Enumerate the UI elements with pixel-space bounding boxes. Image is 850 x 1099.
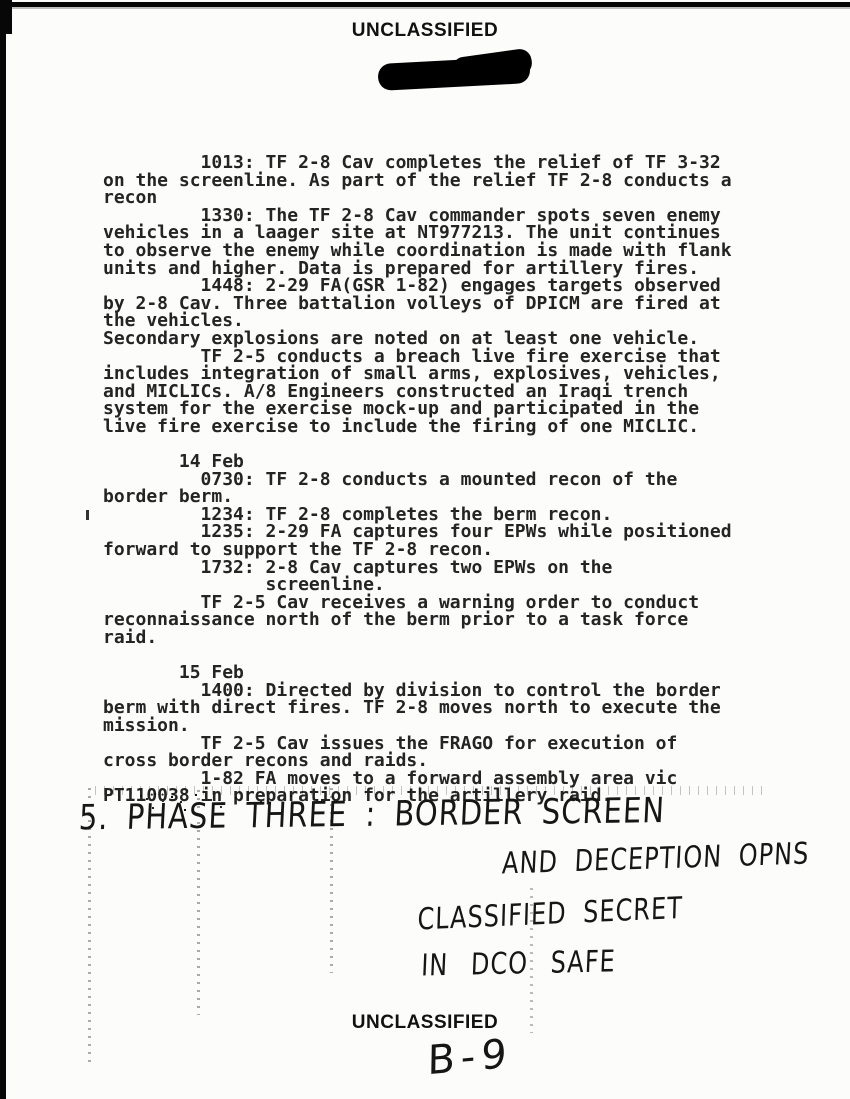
handwritten-phase-note-line2: AND DECEPTION OPNS <box>501 836 810 881</box>
handwritten-page-number: B-9 <box>427 1031 513 1085</box>
footer-classification-banner: UNCLASSIFIED <box>0 1012 850 1034</box>
scan-border-top <box>0 2 850 7</box>
log-section-13feb: 1013: TF 2-8 Cav completes the relief of… <box>103 154 732 436</box>
typed-log-body: 1013: TF 2-8 Cav completes the relief of… <box>103 154 732 823</box>
log-section-15feb: 15 Feb 1400: Directed by division to con… <box>103 664 732 805</box>
handwritten-classification-note-line2: IN DCO SAFE <box>421 944 617 983</box>
header-classification-banner: UNCLASSIFIED <box>0 20 850 42</box>
handwritten-phase-note-line1: 5. PHASE THREE : BORDER SCREEN <box>78 790 666 838</box>
log-section-14feb: 14 Feb 0730: TF 2-8 conducts a mounted r… <box>103 453 732 647</box>
handwritten-classification-note-line1: CLASSIFIED SECRET <box>417 890 683 937</box>
scan-border-left <box>0 0 6 1099</box>
scanned-document-page: UNCLASSIFIED 1013: TF 2-8 Cav completes … <box>0 0 850 1099</box>
scan-margin-mark <box>86 510 89 520</box>
